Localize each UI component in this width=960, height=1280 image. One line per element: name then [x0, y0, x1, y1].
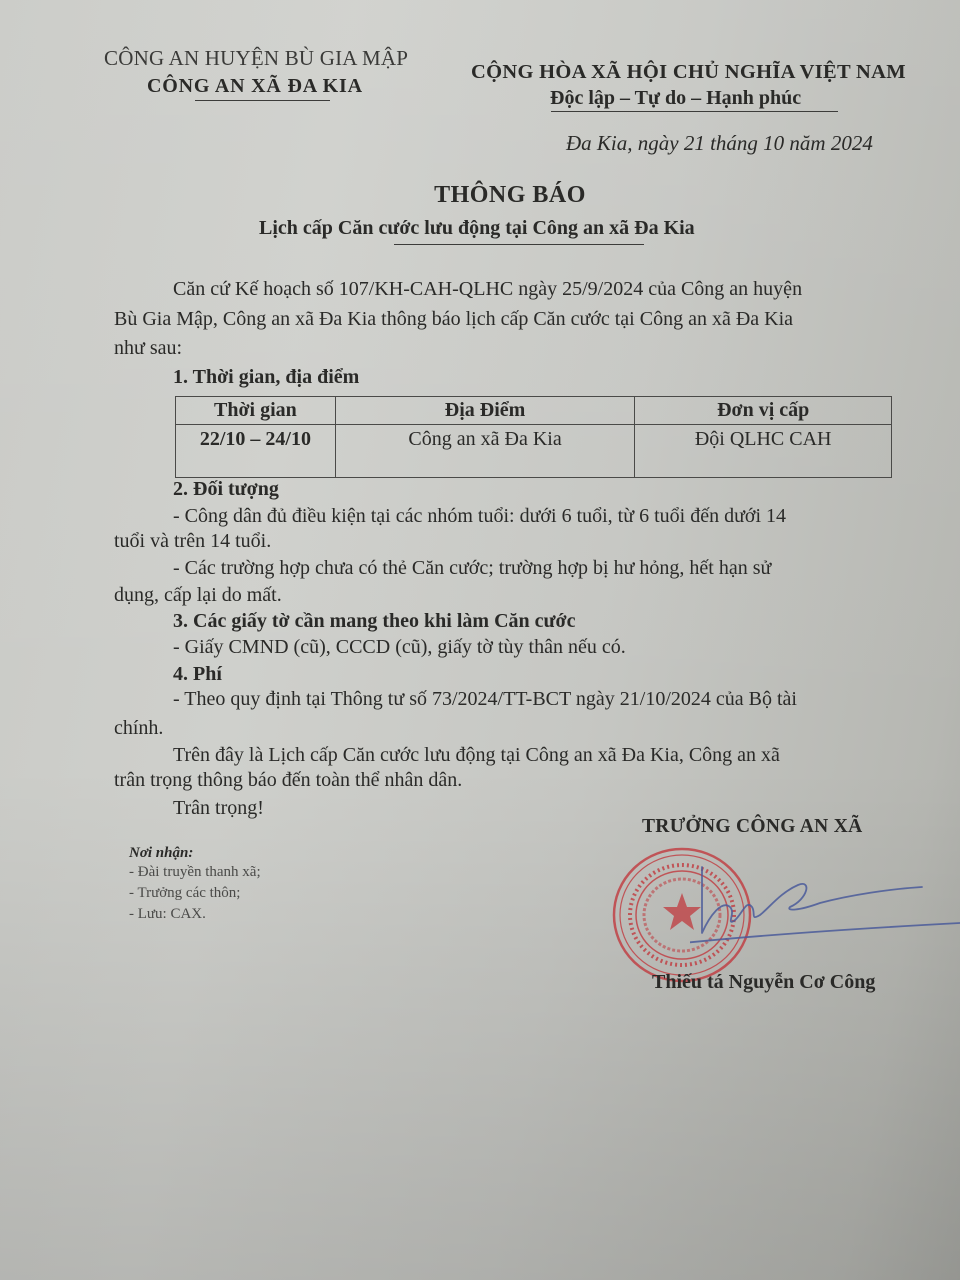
country-name: CỘNG HÒA XÃ HỘI CHỦ NGHĨA VIỆT NAM	[471, 61, 906, 84]
agency-parent: CÔNG AN HUYỆN BÙ GIA MẬP	[104, 46, 408, 71]
closing-regards: Trân trọng!	[173, 797, 264, 820]
section-2-heading: 2. Đối tượng	[173, 478, 279, 501]
signer-name: Thiếu tá Nguyễn Cơ Công	[652, 971, 875, 994]
recipient-item: - Trưởng các thôn;	[129, 885, 240, 902]
section-4-line: chính.	[114, 717, 163, 740]
agency-underline	[195, 100, 330, 101]
agency-name: CÔNG AN XÃ ĐA KIA	[147, 75, 363, 98]
section-2-line: - Các trường hợp chưa có thẻ Căn cước; t…	[173, 557, 771, 580]
section-4-line: - Theo quy định tại Thông tư số 73/2024/…	[173, 688, 797, 711]
section-3-line: - Giấy CMND (cũ), CCCD (cũ), giấy tờ tùy…	[173, 636, 626, 659]
recipient-item: - Đài truyền thanh xã;	[129, 864, 261, 881]
table-row: 22/10 – 24/10 Công an xã Đa Kia Đội QLHC…	[176, 425, 892, 478]
section-3-heading: 3. Các giấy tờ cần mang theo khi làm Căn…	[173, 610, 575, 633]
cell-location: Công an xã Đa Kia	[335, 425, 635, 478]
cell-issuer: Đội QLHC CAH	[635, 425, 892, 478]
section-2-line: - Công dân đủ điều kiện tại các nhóm tuổ…	[173, 505, 786, 528]
document-title: THÔNG BÁO	[0, 182, 960, 209]
signature-icon	[690, 855, 960, 955]
section-1-heading: 1. Thời gian, địa điểm	[173, 366, 359, 389]
cell-time: 22/10 – 24/10	[176, 425, 336, 478]
recipient-item: - Lưu: CAX.	[129, 906, 206, 923]
col-header-location: Địa Điểm	[335, 397, 635, 425]
document-subtitle: Lịch cấp Căn cước lưu động tại Công an x…	[259, 217, 695, 240]
subtitle-underline	[394, 244, 644, 245]
closing-line: Trên đây là Lịch cấp Căn cước lưu động t…	[173, 744, 780, 767]
intro-line: như sau:	[114, 337, 182, 360]
motto-underline	[551, 111, 838, 112]
recipients-title: Nơi nhận:	[129, 845, 193, 862]
intro-line: Bù Gia Mập, Công an xã Đa Kia thông báo …	[114, 308, 793, 331]
section-2-line: tuổi và trên 14 tuổi.	[114, 530, 271, 553]
closing-line: trân trọng thông báo đến toàn thể nhân d…	[114, 769, 462, 792]
place-date: Đa Kia, ngày 21 tháng 10 năm 2024	[566, 131, 873, 156]
schedule-table: Thời gian Địa Điểm Đơn vị cấp 22/10 – 24…	[175, 396, 892, 478]
signer-position: TRƯỞNG CÔNG AN XÃ	[642, 816, 863, 838]
col-header-time: Thời gian	[176, 397, 336, 425]
col-header-issuer: Đơn vị cấp	[635, 397, 892, 425]
table-header-row: Thời gian Địa Điểm Đơn vị cấp	[176, 397, 892, 425]
national-motto: Độc lập – Tự do – Hạnh phúc	[550, 87, 801, 110]
section-2-line: dụng, cấp lại do mất.	[114, 584, 282, 607]
intro-line: Căn cứ Kế hoạch số 107/KH-CAH-QLHC ngày …	[173, 278, 802, 301]
section-4-heading: 4. Phí	[173, 663, 222, 686]
